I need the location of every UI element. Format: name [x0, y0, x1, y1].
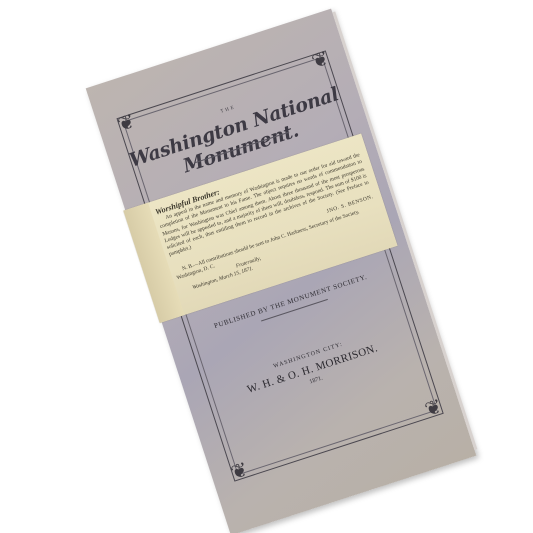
photo-scene: ❦ ❦ ❦ ❦ THE Washington National Monument… — [0, 0, 533, 533]
pamphlet-cover: ❦ ❦ ❦ ❦ THE Washington National Monument… — [86, 9, 477, 533]
